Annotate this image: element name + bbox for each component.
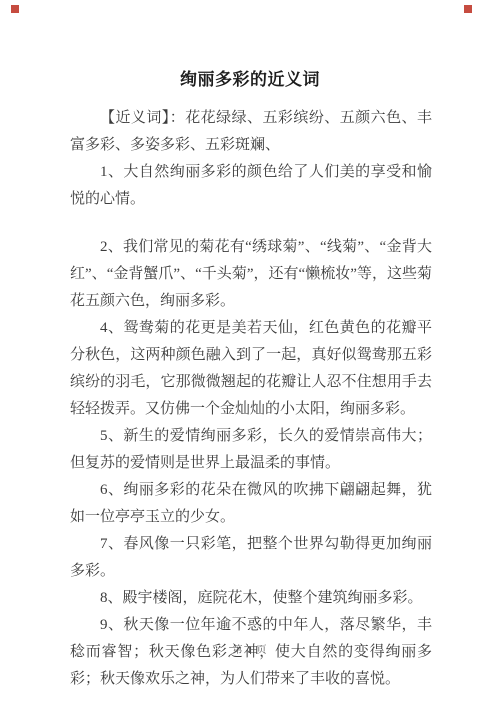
document-body: 【近义词】：花花绿绿、五彩缤纷、五颜六色、丰富多彩、多姿多彩、五彩斑斓、 1、大… <box>70 105 432 693</box>
paragraph-item-7: 7、春风像一只彩笔，把整个世界勾勒得更加绚丽多彩。 <box>70 531 432 585</box>
paragraph-item-4: 4、鸳鸯菊的花更是美若天仙，红色黄色的花瓣平分秋色，这两种颜色融入到了一起，真好… <box>70 315 432 423</box>
paragraph-item-8: 8、殿宇楼阁，庭院花木，使整个建筑绚丽多彩。 <box>70 585 432 612</box>
paragraph-item-5: 5、新生的爱情绚丽多彩，长久的爱情崇高伟大；但复苏的爱情则是世界上最温柔的事情。 <box>70 423 432 477</box>
page-title: 绚丽多彩的近义词 <box>0 68 500 92</box>
paragraph-item-1: 1、大自然绚丽多彩的颜色给了人们美的享受和愉悦的心情。 <box>70 159 432 213</box>
paragraph-item-6: 6、绚丽多彩的花朵在微风的吹拂下翩翩起舞，犹如一位亭亭玉立的少女。 <box>70 477 432 531</box>
page-footer: 第 1 页 <box>0 644 500 658</box>
paragraph-synonyms: 【近义词】：花花绿绿、五彩缤纷、五颜六色、丰富多彩、多姿多彩、五彩斑斓、 <box>70 105 432 159</box>
document-page: 绚丽多彩的近义词 【近义词】：花花绿绿、五彩缤纷、五颜六色、丰富多彩、多姿多彩、… <box>0 0 500 708</box>
corner-mark-left-icon <box>11 5 19 13</box>
corner-mark-right-icon <box>464 5 472 13</box>
paragraph-item-2: 2、我们常见的菊花有“绣球菊”、“线菊”、“金背大红”、“金背蟹爪”、“千头菊”… <box>70 234 432 315</box>
